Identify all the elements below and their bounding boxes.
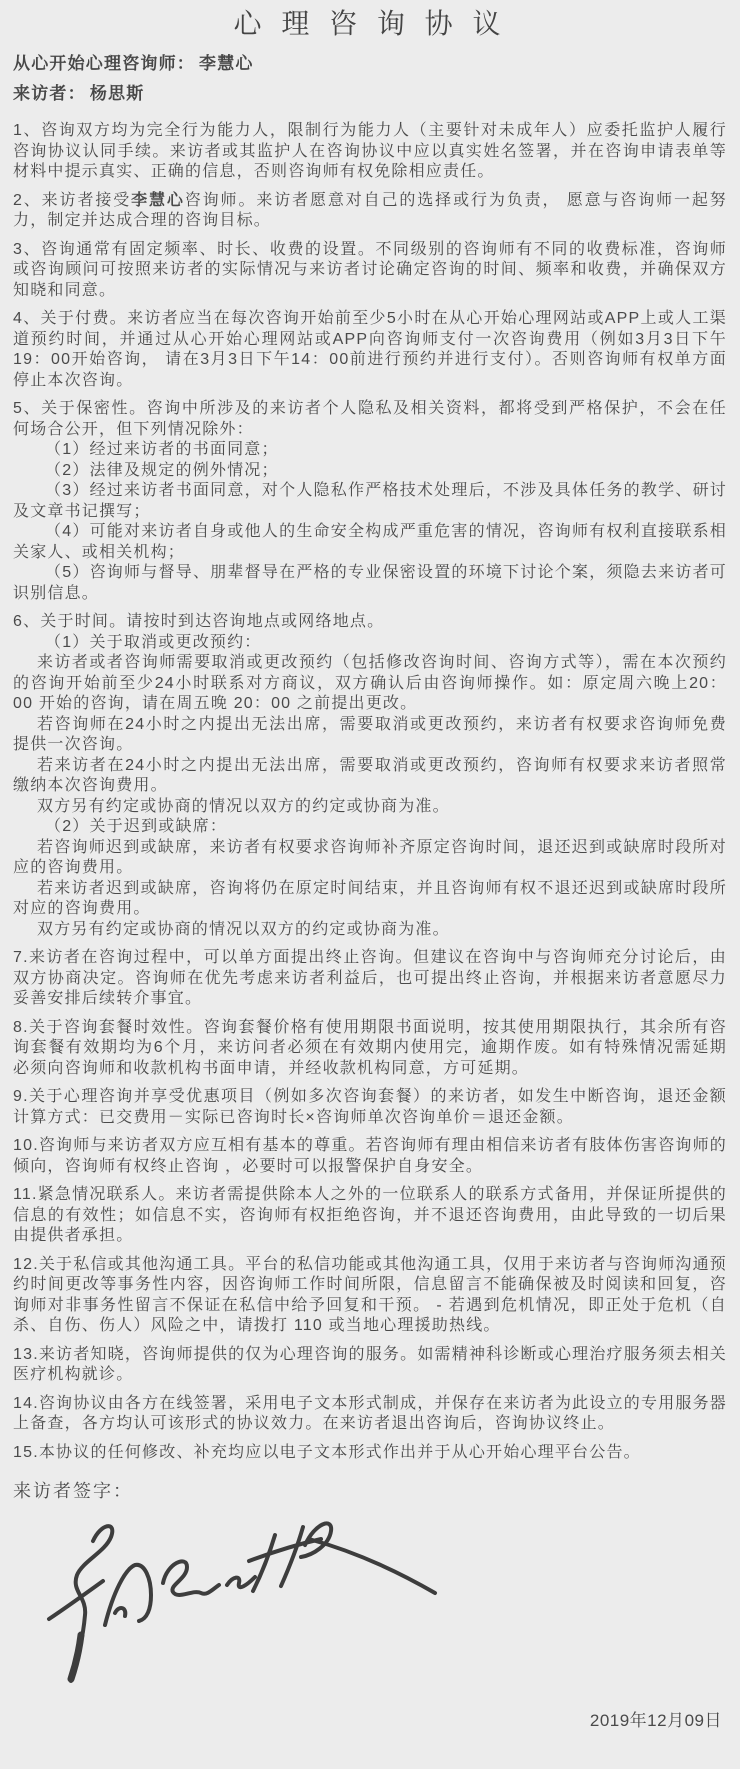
term-line: 8.关于咨询套餐时效性。咨询套餐价格有使用期限书面说明，按其使用期限执行，其余所… [13,1018,727,1080]
term-line: 11.紧急情况联系人。来访者需提供除本人之外的一位联系人的联系方式备用，并保证所… [13,1185,727,1247]
term-line: 双方另有约定或协商的情况以双方的约定或协商为准。 [13,797,727,818]
term-line: 15.本协议的任何修改、补充均应以电子文本形式作出并于从心开始心理平台公告。 [13,1443,727,1464]
document-title: 心 理 咨 询 协 议 [13,7,727,41]
term-paragraph: 2、来访者接受李慧心咨询师。来访者愿意对自己的选择或行为负责， 愿意与咨询师一起… [13,191,727,232]
term-line: 7.来访者在咨询过程中，可以单方面提出终止咨询。但建议在咨询中与咨询师充分讨论后… [13,948,727,1010]
term-paragraph: 6、关于时间。请按时到达咨询地点或网络地点。（1）关于取消或更改预约：来访者或者… [13,612,727,940]
visitor-label: 来访者： [13,84,86,103]
term-paragraph: 3、咨询通常有固定频率、时长、收费的设置。不同级别的咨询师有不同的收费标准，咨询… [13,240,727,302]
term-line: 6、关于时间。请按时到达咨询地点或网络地点。 [13,612,727,633]
term-line: 4、关于付费。来访者应当在每次咨询开始前至少5小时在从心开始心理网站或APP上或… [13,309,727,391]
term-line: 10.咨询师与来访者双方应互相有基本的尊重。若咨询师有理由相信来访者有肢体伤害咨… [13,1136,727,1177]
term-line: 1、咨询双方均为完全行为能力人，限制行为能力人（主要针对未成年人）应委托监护人履… [13,121,727,183]
term-line: 若咨询师迟到或缺席，来访者有权要求咨询师补齐原定咨询时间，退还迟到或缺席时段所对… [13,838,727,879]
term-line: 双方另有约定或协商的情况以双方的约定或协商为准。 [13,920,727,941]
term-line: （1）经过来访者的书面同意； [13,440,727,461]
counselor-name: 李慧心 [199,54,254,73]
signature-label: 来访者签字： [13,1479,727,1503]
term-line: 若来访者迟到或缺席，咨询将仍在原定时间结束，并且咨询师有权不退还迟到或缺席时段所… [13,879,727,920]
term-line: 若来访者在24小时之内提出无法出席，需要取消或更改预约，咨询师有权要求来访者照常… [13,756,727,797]
term-paragraph: 15.本协议的任何修改、补充均应以电子文本形式作出并于从心开始心理平台公告。 [13,1443,727,1464]
term-line: （2）法律及规定的例外情况； [13,461,727,482]
term-line: 12.关于私信或其他沟通工具。平台的私信功能或其他沟通工具，仅用于来访者与咨询师… [13,1255,727,1337]
visitor-line: 来访者：杨思斯 [13,83,727,105]
term-paragraph: 4、关于付费。来访者应当在每次咨询开始前至少5小时在从心开始心理网站或APP上或… [13,309,727,391]
handwritten-signature [41,1517,441,1687]
term-paragraph: 14.咨询协议由各方在线签署，采用电子文本形式制成，并保存在来访者为此设立的专用… [13,1394,727,1435]
term-line: （1）关于取消或更改预约： [13,633,727,654]
agreement-terms: 1、咨询双方均为完全行为能力人，限制行为能力人（主要针对未成年人）应委托监护人履… [13,121,727,1463]
agreement-date: 2019年12月09日 [13,1711,727,1732]
term-paragraph: 11.紧急情况联系人。来访者需提供除本人之外的一位联系人的联系方式备用，并保证所… [13,1185,727,1247]
term-paragraph: 9.关于心理咨询并享受优惠项目（例如多次咨询套餐）的来访者，如发生中断咨询，退还… [13,1087,727,1128]
term-paragraph: 13.来访者知晓，咨询师提供的仅为心理咨询的服务。如需精神科诊断或心理治疗服务须… [13,1345,727,1386]
term-paragraph: 7.来访者在咨询过程中，可以单方面提出终止咨询。但建议在咨询中与咨询师充分讨论后… [13,948,727,1010]
term-line: 9.关于心理咨询并享受优惠项目（例如多次咨询套餐）的来访者，如发生中断咨询，退还… [13,1087,727,1128]
term-paragraph: 10.咨询师与来访者双方应互相有基本的尊重。若咨询师有理由相信来访者有肢体伤害咨… [13,1136,727,1177]
term-line: 来访者或者咨询师需要取消或更改预约（包括修改咨询时间、咨询方式等），需在本次预约… [13,653,727,715]
counselor-label: 从心开始心理咨询师： [13,54,195,73]
term-paragraph: 8.关于咨询套餐时效性。咨询套餐价格有使用期限书面说明，按其使用期限执行，其余所… [13,1018,727,1080]
term-paragraph: 12.关于私信或其他沟通工具。平台的私信功能或其他沟通工具，仅用于来访者与咨询师… [13,1255,727,1337]
agreement-document: 心 理 咨 询 协 议 从心开始心理咨询师：李慧心 来访者：杨思斯 1、咨询双方… [0,7,740,1732]
term-line: （5）咨询师与督导、朋辈督导在严格的专业保密设置的环境下讨论个案，须隐去来访者可… [13,563,727,604]
term-line: 3、咨询通常有固定频率、时长、收费的设置。不同级别的咨询师有不同的收费标准，咨询… [13,240,727,302]
term-line: （2）关于迟到或缺席： [13,817,727,838]
counselor-line: 从心开始心理咨询师：李慧心 [13,53,727,75]
term-line: 5、关于保密性。咨询中所涉及的来访者个人隐私及相关资料，都将受到严格保护，不会在… [13,399,727,440]
term-line: 若咨询师在24小时之内提出无法出席，需要取消或更改预约，来访者有权要求咨询师免费… [13,715,727,756]
term-line: 14.咨询协议由各方在线签署，采用电子文本形式制成，并保存在来访者为此设立的专用… [13,1394,727,1435]
term-paragraph: 5、关于保密性。咨询中所涉及的来访者个人隐私及相关资料，都将受到严格保护，不会在… [13,399,727,604]
term-paragraph: 1、咨询双方均为完全行为能力人，限制行为能力人（主要针对未成年人）应委托监护人履… [13,121,727,183]
term-line: 13.来访者知晓，咨询师提供的仅为心理咨询的服务。如需精神科诊断或心理治疗服务须… [13,1345,727,1386]
term-line: （4）可能对来访者自身或他人的生命安全构成严重危害的情况，咨询师有权利直接联系相… [13,522,727,563]
term-line: 2、来访者接受李慧心咨询师。来访者愿意对自己的选择或行为负责， 愿意与咨询师一起… [13,191,727,232]
visitor-name: 杨思斯 [90,84,145,103]
term-line: （3）经过来访者书面同意，对个人隐私作严格技术处理后，不涉及具体任务的教学、研讨… [13,481,727,522]
